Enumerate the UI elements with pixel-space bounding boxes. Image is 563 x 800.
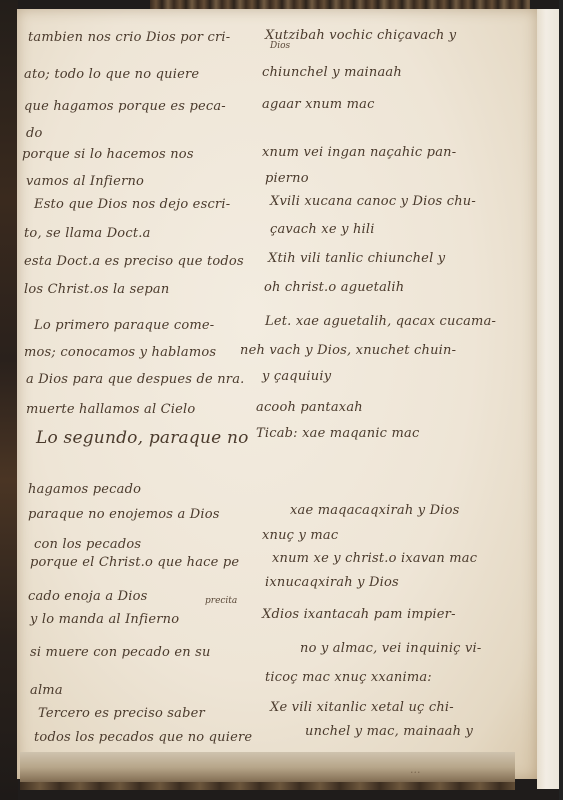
quiche-text-line: xae maqacaqxirah y Dios: [290, 503, 460, 518]
spanish-text-line: a Dios para que despues de nra.: [26, 372, 244, 387]
quiche-text-line: pierno: [265, 171, 309, 186]
quiche-text-line: xnum xe y christ.o ixavan mac: [272, 551, 477, 566]
spanish-text-line: to, se llama Doct.a: [24, 226, 151, 241]
spanish-text-line: do: [26, 126, 43, 141]
quiche-text-line: ticoç mac xnuç xxanima:: [265, 670, 432, 685]
interlinear-note: precita: [205, 596, 237, 606]
spanish-text-line: con los pecados: [34, 537, 141, 552]
quiche-text-line: Xdios ixantacah pam impier-: [262, 607, 456, 622]
quiche-text-line: chiunchel y mainaah: [262, 65, 402, 80]
quiche-text-line: Xe vili xitanlic xetal uç chi-: [270, 700, 454, 715]
spanish-text-line: mos; conocamos y hablamos: [24, 345, 216, 360]
spanish-text-line: esta Doct.a es preciso que todos: [24, 254, 244, 269]
quiche-text-line: y çaquiuiy: [262, 369, 331, 384]
spanish-text-line: Tercero es preciso saber: [38, 706, 205, 721]
spanish-text-line: y lo manda al Infierno: [30, 612, 179, 627]
quiche-text-line: ixnucaqxirah y Dios: [265, 575, 399, 590]
spanish-text-line: porque si lo hacemos nos: [22, 147, 194, 162]
scan-border-right: [559, 0, 563, 800]
spanish-text-line: Lo primero paraque come-: [34, 318, 214, 333]
spanish-text-line: hagamos pecado: [28, 482, 141, 497]
quiche-text-line: Ticab: xae maqanic mac: [256, 426, 419, 441]
spanish-text-line: porque el Christ.o que hace pe: [30, 555, 239, 570]
quiche-text-line: xnuç y mac: [262, 528, 338, 543]
spanish-text-line: muerte hallamos al Cielo: [26, 402, 195, 417]
manuscript-scan: ... Dios precita tambien nos crio Dios p…: [0, 0, 563, 800]
spanish-text-line: alma: [30, 683, 63, 698]
section-heading-line: Lo segundo, paraque no: [36, 428, 249, 448]
quiche-text-line: oh christ.o aguetalih: [264, 280, 404, 295]
spanish-text-line: paraque no enojemos a Dios: [28, 507, 220, 522]
quiche-text-line: no y almac, vei inquiniç vi-: [300, 641, 482, 656]
spanish-text-line: todos los pecados que no quiere: [34, 730, 252, 745]
quiche-text-line: Xtih vili tanlic chiunchel y: [268, 251, 445, 266]
spanish-text-line: que hagamos porque es peca-: [24, 99, 226, 114]
quiche-text-line: çavach xe y hili: [270, 222, 375, 237]
next-page-edge: [537, 9, 559, 789]
spanish-text-line: los Christ.os la sepan: [24, 282, 169, 297]
manuscript-page: [17, 9, 537, 779]
quiche-text-line: acooh pantaxah: [256, 400, 363, 415]
book-binding-left: [0, 0, 18, 800]
quiche-text-line: unchel y mac, mainaah y: [305, 724, 473, 739]
quiche-text-line: Let. xae aguetalih, qacax cucama-: [265, 314, 496, 329]
spanish-text-line: tambien nos crio Dios por cri-: [28, 30, 230, 45]
quiche-text-line: xnum vei ingan naçahic pan-: [262, 145, 456, 160]
quiche-text-line: agaar xnum mac: [262, 97, 375, 112]
spanish-text-line: cado enoja a Dios: [28, 589, 147, 604]
page-bottom-edge: [20, 752, 515, 790]
quiche-text-line: neh vach y Dios, xnuchet chuin-: [240, 343, 456, 358]
spanish-text-line: ato; todo lo que no quiere: [24, 67, 199, 82]
spanish-text-line: Esto que Dios nos dejo escri-: [34, 197, 230, 212]
spanish-text-line: vamos al Infierno: [26, 174, 144, 189]
spanish-text-line: si muere con pecado en su: [30, 645, 211, 660]
quiche-text-line: Xutzibah vochic chiçavach y: [265, 28, 456, 43]
quiche-text-line: Xvili xucana canoc y Dios chu-: [270, 194, 476, 209]
folio-number: ...: [410, 763, 421, 776]
